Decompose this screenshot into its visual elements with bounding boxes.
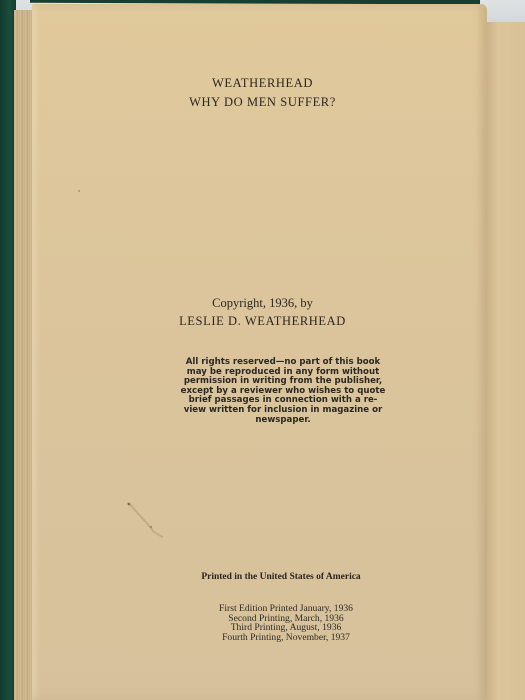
author-surname: WEATHERHEAD	[0, 74, 525, 93]
printing-history: First Edition Printed January, 1936 Seco…	[0, 604, 525, 642]
copyright-line: Copyright, 1936, by	[0, 294, 525, 312]
book-title-block: WEATHERHEAD WHY DO MEN SUFFER?	[0, 74, 525, 112]
rights-line: newspaper.	[180, 416, 386, 426]
printing-line: Fourth Printing, November, 1937	[0, 633, 525, 643]
book-photo: WEATHERHEAD WHY DO MEN SUFFER? Copyright…	[0, 0, 525, 700]
printed-in-notice: Printed in the United States of America	[0, 572, 525, 582]
facing-page	[485, 22, 525, 700]
copyright-block: Copyright, 1936, by LESLIE D. WEATHERHEA…	[0, 294, 525, 330]
book-title: WHY DO MEN SUFFER?	[0, 93, 525, 112]
page-edges	[14, 10, 34, 700]
paper-stain	[125, 495, 170, 540]
paper-speck	[78, 190, 80, 192]
copyright-holder: LESLIE D. WEATHERHEAD	[0, 312, 525, 330]
rights-notice: All rights reserved—no part of this book…	[180, 358, 386, 425]
